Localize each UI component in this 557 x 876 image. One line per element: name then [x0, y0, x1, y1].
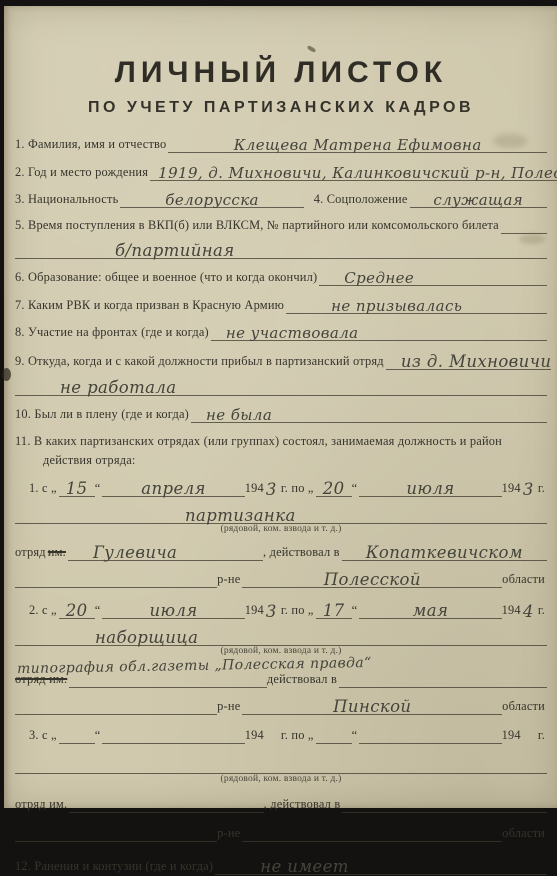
quote: “: [95, 728, 103, 744]
district-line: Полесской: [242, 568, 502, 588]
district-line: Пинской: [242, 695, 502, 715]
entry-2-district-row: р-не Пинской области: [15, 695, 547, 715]
entry-1-position-row: партизанка: [15, 504, 547, 524]
district-label: р-не: [217, 699, 242, 715]
origin-label: 9. Откуда, когда и с какой должности при…: [15, 354, 386, 370]
unit-name-line: Гулевича: [68, 541, 263, 561]
position-value: партизанка: [15, 506, 547, 525]
date-mid: г. по „: [281, 481, 316, 497]
units-header-label: 11. В каких партизанских отрядах (или гр…: [15, 432, 547, 470]
social-line: служащая: [410, 189, 547, 208]
social-label: 4. Соцположение: [304, 192, 410, 208]
acted-in-line: [339, 671, 547, 688]
unit-label-struck: им.: [48, 545, 68, 561]
month-to-line: мая: [359, 599, 501, 619]
service-entry-1: 1. с „ 15 “ апреля 194 3 г. по „ 20 “ ию…: [15, 477, 547, 589]
year-to-digit: 4: [523, 602, 534, 621]
position-line: наборщица: [15, 626, 547, 646]
year-printed: 194: [502, 728, 523, 744]
scanned-form-page: 226 ЛИЧНЫЙ ЛИСТОК ПО УЧЕТУ ПАРТИЗАНСКИХ …: [4, 6, 557, 808]
month-to: июля: [406, 479, 454, 498]
district-blank-line: [15, 571, 217, 588]
position-value: наборщица: [15, 628, 547, 647]
form-body: 1. Фамилия, имя и отчество Клещева Матре…: [15, 134, 547, 819]
origin-line: из д. Михновичи: [386, 350, 552, 370]
field-education: 6. Образование: общее и военное (что и к…: [15, 267, 547, 286]
form-content: ЛИЧНЫЙ ЛИСТОК ПО УЧЕТУ ПАРТИЗАНСКИХ КАДР…: [4, 6, 557, 808]
year-from-digit-slot: 3: [266, 478, 281, 497]
quote: “: [95, 481, 103, 497]
date-mid: г. по „: [281, 603, 316, 619]
social-value: служащая: [433, 191, 523, 209]
service-entry-3: 3. с „ “ 194 г. по „ “ 194 г.: [15, 727, 547, 819]
fronts-value: не участвовала: [211, 324, 547, 342]
entry-1-dates: 1. с „ 15 “ апреля 194 3 г. по „ 20 “ ию…: [15, 477, 547, 497]
party-value: б/партийная: [15, 241, 547, 260]
field-birth: 2. Год и место рождения 1919, д. Михнови…: [15, 162, 547, 181]
field-captivity: 10. Был ли в плену (где и когда) не была: [15, 404, 547, 423]
month-to-line: [359, 727, 501, 744]
unit-label: отряд им.: [15, 797, 69, 813]
education-label: 6. Образование: общее и военное (что и к…: [15, 270, 319, 286]
oblast-label: области: [502, 699, 547, 715]
oblast-label: области: [502, 572, 547, 588]
day-to-line: [316, 727, 352, 744]
fullname-label: 1. Фамилия, имя и отчество: [15, 137, 168, 153]
date-mid: г. по „: [281, 728, 316, 744]
entry-1-district-row: р-не Полесской области: [15, 568, 547, 588]
day-to: 20: [323, 479, 345, 498]
entry-2-dates: 2. с „ 20 “ июля 194 3 г. по „ 17 “ мая …: [15, 599, 547, 619]
day-to: 17: [323, 601, 345, 620]
position-line: партизанка: [15, 504, 547, 524]
acted-in-label: , действовал в: [264, 797, 343, 813]
service-entry-2: 2. с „ 20 “ июля 194 3 г. по „ 17 “ мая …: [15, 599, 547, 715]
quote: “: [352, 481, 360, 497]
fullname-line: Клещева Матрена Ефимовна: [168, 134, 547, 153]
unit-name-line: [69, 796, 263, 813]
unit-label: отряд: [15, 545, 48, 561]
nationality-line: белорусска: [120, 189, 303, 208]
month-from-line: июля: [102, 599, 244, 619]
date-end: г.: [538, 728, 547, 744]
district-blank-line: [15, 698, 217, 715]
origin-value2: не работала: [15, 378, 547, 397]
page-subtitle: ПО УЧЕТУ ПАРТИЗАНСКИХ КАДРОВ: [15, 99, 547, 117]
acted-in-label: действовал в: [267, 672, 339, 688]
day-to-line: 20: [316, 477, 352, 497]
month-from: июля: [149, 601, 197, 620]
education-value: Среднее: [319, 269, 547, 287]
acted-in-line: [342, 796, 547, 813]
fullname-value: Клещева Матрена Ефимовна: [234, 136, 482, 154]
date-prefix: 1. с „: [29, 481, 59, 497]
rank-note: (рядовой, ком. взвода и т. д.): [15, 525, 547, 535]
year-printed: 194: [245, 728, 266, 744]
district-value: Пинской: [333, 697, 411, 716]
birth-label: 2. Год и место рождения: [15, 165, 150, 181]
origin-line2: не работала: [15, 376, 547, 396]
field-party: 5. Время поступления в ВКП(б) или ВЛКСМ,…: [15, 217, 547, 234]
year-printed: 194: [502, 481, 523, 497]
month-to-line: июля: [359, 477, 501, 497]
field-fullname: 1. Фамилия, имя и отчество Клещева Матре…: [15, 134, 547, 153]
field-nationality-social: 3. Национальность белорусска 4. Соцполож…: [15, 189, 547, 208]
captivity-label: 10. Был ли в плену (где и когда): [15, 407, 191, 423]
entry-2-position-row: наборщица: [15, 626, 547, 646]
year-from-digit: 3: [266, 480, 277, 499]
month-to: мая: [413, 601, 449, 620]
field-origin-line2: не работала: [15, 376, 547, 396]
position-line: [15, 757, 547, 774]
year-from-digit: 3: [266, 602, 277, 621]
year-to-digit: 3: [523, 480, 534, 499]
party-line2: б/партийная: [15, 239, 547, 259]
quote: “: [95, 603, 103, 619]
quote: “: [352, 603, 360, 619]
quote: “: [352, 728, 360, 744]
month-from-line: апреля: [102, 477, 244, 497]
captivity-value: не была: [191, 406, 547, 424]
party-label: 5. Время поступления в ВКП(б) или ВЛКСМ,…: [15, 218, 501, 234]
rvk-line: не призывалась: [286, 295, 547, 314]
fronts-line: не участвовала: [211, 322, 547, 341]
field-fronts: 8. Участие на фронтах (где и когда) не у…: [15, 322, 547, 341]
acted-in-value: Копаткевичском: [366, 543, 523, 562]
birth-value: 1919, д. Михновичи, Калинковичский р-н, …: [150, 164, 557, 182]
nationality-label: 3. Национальность: [15, 192, 120, 208]
year-from-digit-slot: 3: [266, 600, 281, 619]
rvk-value: не призывалась: [286, 297, 547, 315]
captivity-line: не была: [191, 404, 547, 423]
nationality-value: белорусска: [165, 191, 259, 209]
year-printed: 194: [245, 603, 266, 619]
month-from-line: [102, 727, 244, 744]
education-line: Среднее: [319, 267, 547, 286]
entry-3-unit-row: отряд им. , действовал в: [15, 796, 547, 813]
month-from: апреля: [141, 479, 206, 498]
rank-note: (рядовой, ком. взвода и т. д.): [15, 775, 547, 785]
year-printed: 194: [502, 603, 523, 619]
field-party-line2: б/партийная: [15, 239, 547, 259]
fronts-label: 8. Участие на фронтах (где и когда): [15, 325, 211, 341]
entry-2-unit-row: типография обл.газеты „Полесская правда“…: [15, 671, 547, 688]
day-from: 20: [66, 601, 88, 620]
acted-in-line: Копаткевичском: [342, 541, 547, 561]
origin-value: из д. Михновичи: [386, 352, 552, 371]
date-end: г.: [538, 481, 547, 497]
day-from-line: 15: [59, 477, 95, 497]
date-prefix: 3. с „: [29, 728, 59, 744]
year-to-digit-slot: 3: [523, 478, 538, 497]
field-rvk: 7. Каким РВК и когда призван в Красную А…: [15, 295, 547, 314]
year-to-digit-slot: 4: [523, 600, 538, 619]
day-from-line: [59, 727, 95, 744]
day-to-line: 17: [316, 599, 352, 619]
entry-1-unit-row: отряд им. Гулевича , действовал в Копатк…: [15, 541, 547, 561]
rvk-label: 7. Каким РВК и когда призван в Красную А…: [15, 298, 286, 314]
district-label: р-не: [217, 572, 242, 588]
day-from-line: 20: [59, 599, 95, 619]
entry-3-dates: 3. с „ “ 194 г. по „ “ 194 г.: [15, 727, 547, 744]
date-end: г.: [538, 603, 547, 619]
acted-in-label: , действовал в: [263, 545, 342, 561]
birth-line: 1919, д. Михновичи, Калинковичский р-н, …: [150, 162, 557, 181]
district-value: Полесской: [324, 570, 421, 589]
date-prefix: 2. с „: [29, 603, 59, 619]
day-from: 15: [66, 479, 88, 498]
entry-3-position-row: [15, 757, 547, 774]
field-units-header: 11. В каких партизанских отрядах (или гр…: [15, 432, 547, 470]
unit-name-value: Гулевича: [68, 543, 263, 562]
year-printed: 194: [245, 481, 266, 497]
party-line: [501, 217, 547, 234]
field-origin: 9. Откуда, когда и с какой должности при…: [15, 350, 547, 370]
